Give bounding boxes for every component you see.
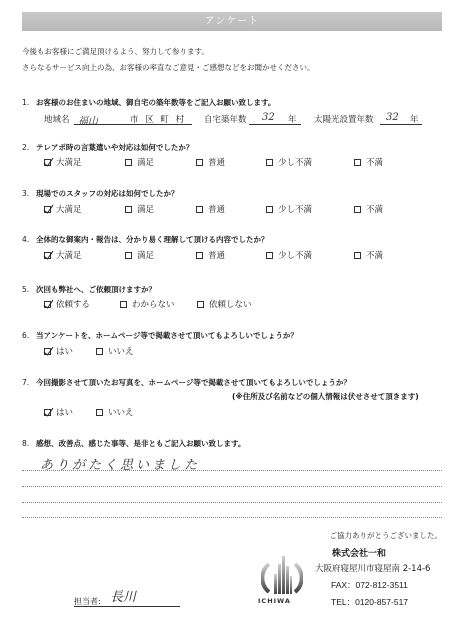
checkbox-icon[interactable] (196, 252, 203, 259)
question-text: 全体的な御案内・報告は、分かり易く理解して頂ける内容でしたか？ (36, 235, 269, 244)
checkbox-checked-icon[interactable] (44, 348, 51, 355)
question-text: 今回撮影させて頂いたお写真を、ホームページ等で掲載させて頂いてもよろしいでしょう… (36, 378, 351, 387)
survey-title: アンケート (205, 16, 259, 27)
question-4: 4.全体的な御案内・報告は、分かり易く理解して頂ける内容でしたか？ (22, 234, 269, 245)
option-unsure[interactable]: わからない (120, 298, 175, 310)
option-dissatisfied[interactable]: 不満 (354, 203, 383, 215)
solar-value: 32 (386, 112, 399, 123)
logo-text: ICHIWA (258, 597, 291, 605)
house-age-value: 32 (262, 112, 275, 123)
intro-line-1: 今後もお客様にご満足頂けるよう、努力して参ります。 (22, 46, 209, 57)
question-number: 8. (22, 439, 36, 448)
house-age-label: 自宅築年数 (204, 113, 247, 125)
question-number: 3. (22, 189, 36, 198)
company-address: 大阪府寝屋川市寝屋南 2-14-6 (315, 562, 430, 574)
question-5: 5.次回も弊社へ、ご依頼頂けますか？ (22, 284, 156, 295)
question-text: 当アンケートを、ホームページ等で掲載させて頂いてもよろしいでしょうか？ (36, 331, 298, 340)
option-very-satisfied[interactable]: 大満足 (44, 249, 82, 261)
privacy-note: (※住所及び名前などの個人情報は伏せさせて頂きます) (232, 391, 419, 402)
company-tel: TEL：0120-857-517 (331, 596, 408, 608)
comment-line-4[interactable] (22, 517, 442, 518)
question-number: 1. (22, 98, 36, 107)
house-age-unit: 年 (288, 113, 297, 125)
question-3: 3.現場でのスタッフの対応は如何でしたか？ (22, 188, 179, 199)
checkbox-icon[interactable] (197, 301, 204, 308)
question-1: 1.お客様のお住まいの地域、御自宅の築年数等をご記入お願い致します。 (22, 97, 275, 108)
checkbox-checked-icon[interactable] (44, 159, 51, 166)
checkbox-checked-icon[interactable] (44, 409, 51, 416)
question-8: 8.感想、改善点、感じた事等、是非ともご記入お願い致します。 (22, 438, 245, 449)
question-number: 5. (22, 285, 36, 294)
checkbox-icon[interactable] (96, 409, 103, 416)
option-dissatisfied[interactable]: 不満 (354, 156, 383, 168)
option-yes[interactable]: はい (44, 406, 73, 418)
checkbox-checked-icon[interactable] (44, 206, 51, 213)
option-no[interactable]: いいえ (96, 345, 134, 357)
checkbox-checked-icon[interactable] (44, 301, 51, 308)
solar-label: 太陽光設置年数 (314, 113, 374, 125)
question-7: 7.今回撮影させて頂いたお写真を、ホームページ等で掲載させて頂いてもよろしいでし… (22, 377, 351, 388)
checkbox-icon[interactable] (120, 301, 127, 308)
option-very-satisfied[interactable]: 大満足 (44, 203, 82, 215)
checkbox-icon[interactable] (196, 159, 203, 166)
option-neutral[interactable]: 普通 (196, 203, 225, 215)
checkbox-icon[interactable] (266, 252, 273, 259)
region-label: 地域名 (44, 113, 70, 125)
option-will-not-request[interactable]: 依頼しない (197, 298, 252, 310)
survey-title-bar: アンケート (22, 12, 442, 31)
checkbox-icon[interactable] (354, 252, 361, 259)
option-slightly-dissatisfied[interactable]: 少し不満 (266, 249, 312, 261)
checkbox-icon[interactable] (125, 159, 132, 166)
question-text: お客様のお住まいの地域、御自宅の築年数等をご記入お願い致します。 (36, 98, 275, 107)
option-very-satisfied[interactable]: 大満足 (44, 156, 82, 168)
question-number: 6. (22, 331, 36, 340)
region-suffix: 市 区 町 村 (130, 113, 186, 125)
checkbox-icon[interactable] (125, 252, 132, 259)
thanks-message: ご協力ありがとうございました。 (330, 530, 443, 541)
option-slightly-dissatisfied[interactable]: 少し不満 (266, 156, 312, 168)
comment-line-2[interactable] (22, 486, 442, 487)
question-number: 2. (22, 143, 36, 152)
question-2: 2.テレアポ時の言葉遣いや対応は如何でしたか？ (22, 142, 193, 153)
comment-line-3[interactable] (22, 502, 442, 503)
option-dissatisfied[interactable]: 不満 (354, 249, 383, 261)
checkbox-icon[interactable] (96, 348, 103, 355)
checkbox-checked-icon[interactable] (44, 252, 51, 259)
question-text: 現場でのスタッフの対応は如何でしたか？ (36, 189, 179, 198)
question-text: 次回も弊社へ、ご依頼頂けますか？ (36, 285, 156, 294)
region-value: 福山 (78, 112, 98, 127)
option-neutral[interactable]: 普通 (196, 249, 225, 261)
checkbox-icon[interactable] (354, 206, 361, 213)
option-slightly-dissatisfied[interactable]: 少し不満 (266, 203, 312, 215)
question-number: 4. (22, 235, 36, 244)
solar-unit: 年 (410, 113, 419, 125)
option-satisfied[interactable]: 満足 (125, 203, 154, 215)
option-satisfied[interactable]: 満足 (125, 156, 154, 168)
checkbox-icon[interactable] (266, 206, 273, 213)
staff-signature: 長川 (110, 586, 136, 605)
company-fax: FAX：072-812-3511 (331, 579, 408, 591)
question-text: 感想、改善点、感じた事等、是非ともご記入お願い致します。 (36, 439, 245, 448)
option-will-request[interactable]: 依頼する (44, 298, 90, 310)
question-text: テレアポ時の言葉遣いや対応は如何でしたか？ (36, 143, 193, 152)
option-satisfied[interactable]: 満足 (125, 249, 154, 261)
checkbox-icon[interactable] (266, 159, 273, 166)
staff-signature-line[interactable] (74, 606, 180, 607)
option-yes[interactable]: はい (44, 345, 73, 357)
option-no[interactable]: いいえ (96, 406, 134, 418)
checkbox-icon[interactable] (354, 159, 361, 166)
question-6: 6.当アンケートを、ホームページ等で掲載させて頂いてもよろしいでしょうか？ (22, 330, 298, 341)
checkbox-icon[interactable] (196, 206, 203, 213)
intro-line-2: さらなるサービス向上の為、お客様の率直なご意見・ご感想などをお聞かせください。 (22, 62, 315, 73)
checkbox-icon[interactable] (125, 206, 132, 213)
comment-line-1[interactable] (22, 470, 442, 471)
question-number: 7. (22, 378, 36, 387)
company-name: 株式会社一和 (332, 546, 386, 559)
ichiwa-logo-icon (261, 550, 303, 600)
option-neutral[interactable]: 普通 (196, 156, 225, 168)
